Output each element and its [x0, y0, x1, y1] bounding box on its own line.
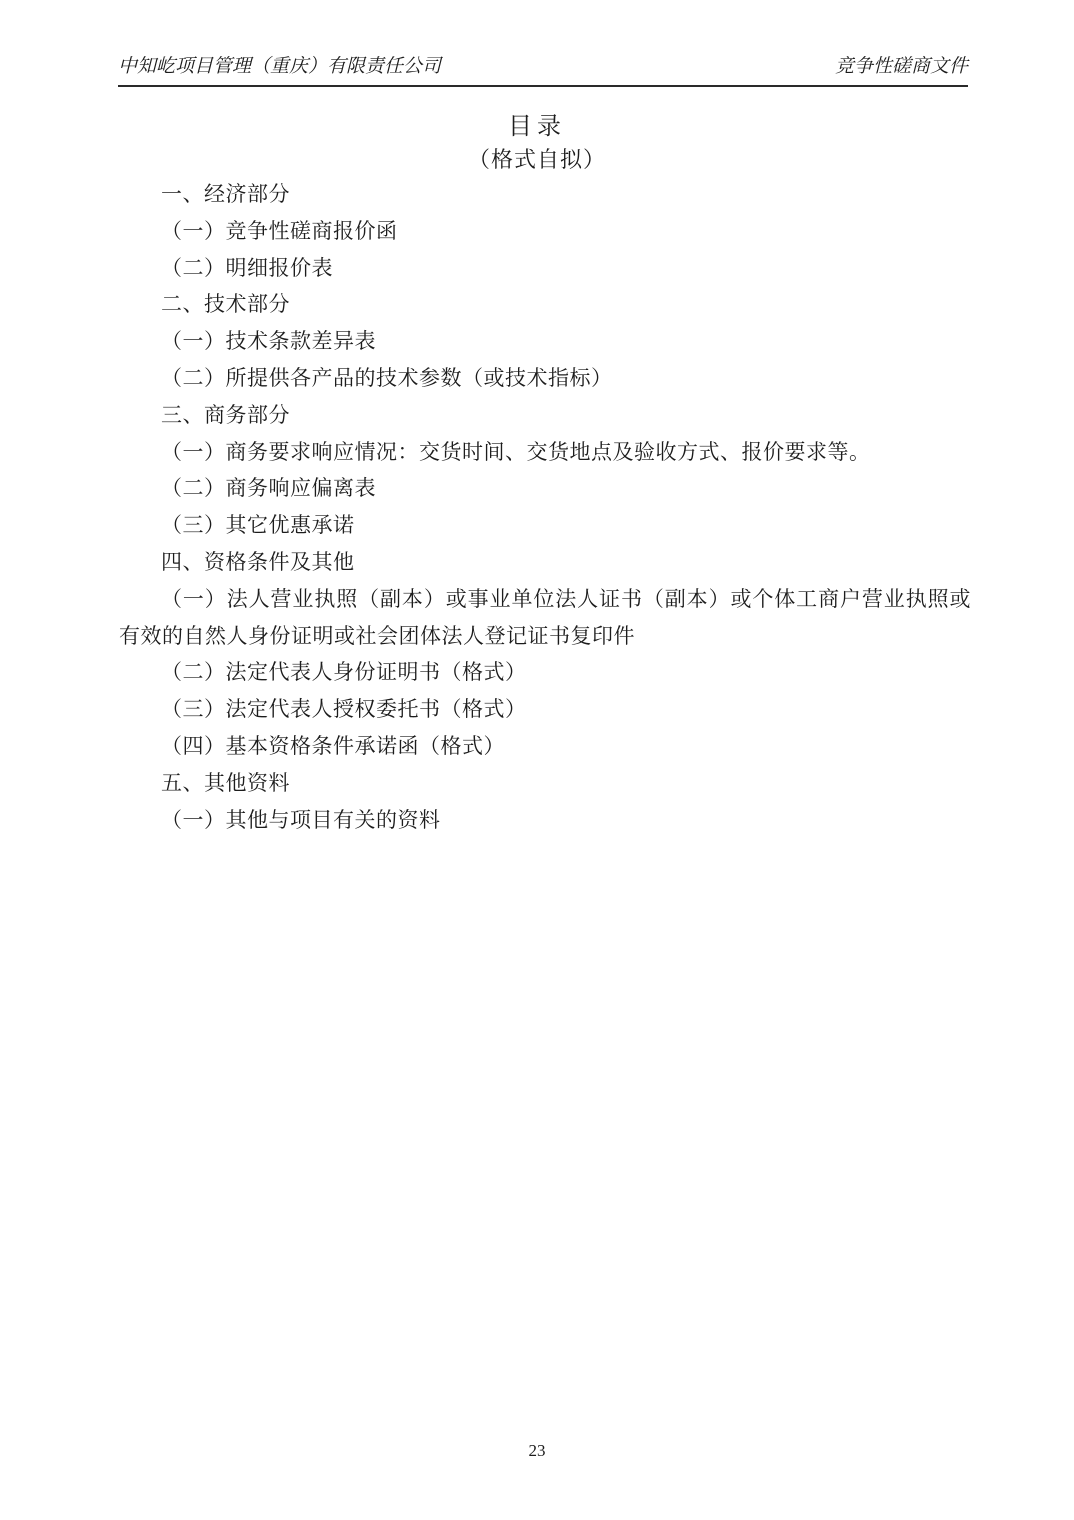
toc-item: （一）法人营业执照（副本）或事业单位法人证书（副本）或个体工商户营业执照或有效的…	[119, 581, 971, 655]
toc-item: （一）其他与项目有关的资料	[119, 802, 971, 839]
toc-item: （二）所提供各产品的技术参数（或技术指标）	[119, 360, 971, 397]
header-doc-type: 竞争性磋商文件	[835, 54, 968, 80]
toc-item: （一）竞争性磋商报价函	[119, 213, 971, 250]
header-company-name: 中知屹项目管理（重庆）有限责任公司	[118, 54, 441, 80]
table-of-contents: 一、经济部分 （一）竞争性磋商报价函 （二）明细报价表 二、技术部分 （一）技术…	[119, 176, 971, 838]
toc-item: （二）明细报价表	[119, 250, 971, 287]
toc-section-1: 一、经济部分	[119, 176, 971, 213]
page-footer: 23	[0, 1441, 1074, 1461]
page-title: 目录	[0, 106, 1074, 141]
toc-section-5: 五、其他资料	[119, 765, 971, 802]
toc-item: （三）其它优惠承诺	[119, 507, 971, 544]
page-subtitle: （格式自拟）	[0, 143, 1074, 174]
toc-item: （二）法定代表人身份证明书（格式）	[119, 654, 971, 691]
document-page: 中知屹项目管理（重庆）有限责任公司 竞争性磋商文件 目录 （格式自拟） 一、经济…	[0, 0, 1074, 1520]
toc-item: （三）法定代表人授权委托书（格式）	[119, 691, 971, 728]
toc-item: （一）技术条款差异表	[119, 323, 971, 360]
page-header: 中知屹项目管理（重庆）有限责任公司 竞争性磋商文件	[118, 54, 968, 87]
toc-section-3: 三、商务部分	[119, 397, 971, 434]
page-number: 23	[529, 1441, 546, 1460]
toc-item: （四）基本资格条件承诺函（格式）	[119, 728, 971, 765]
toc-item: （一）商务要求响应情况：交货时间、交货地点及验收方式、报价要求等。	[119, 434, 971, 471]
toc-section-2: 二、技术部分	[119, 286, 971, 323]
toc-item: （二）商务响应偏离表	[119, 470, 971, 507]
toc-section-4: 四、资格条件及其他	[119, 544, 971, 581]
